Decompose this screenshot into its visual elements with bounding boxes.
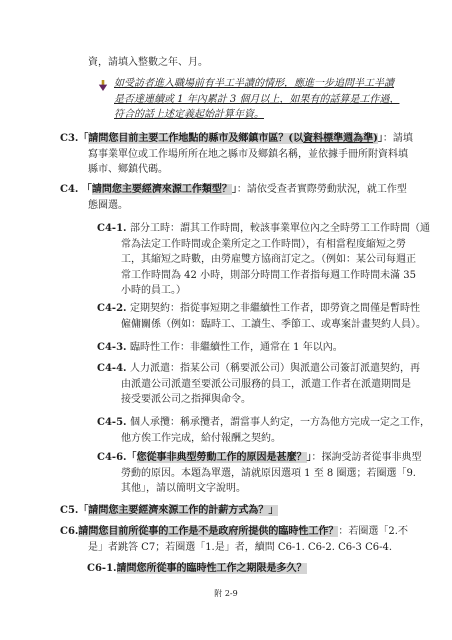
text-segment: 「 <box>82 184 92 195</box>
red-arrow-bullet-icon <box>98 80 108 92</box>
text-line: C4-4. 人力派遣：指某公司（稱要派公司）與派遣公司簽訂派遣契約，再 <box>97 361 420 377</box>
text-line: 寫事業單位或工作場所所在地之縣市及鄉鎮名稱，並依據手冊所附資料填 <box>60 147 413 163</box>
text-line: C4-3. 臨時性工作：非繼續性工作，通常在 1 年以內。 <box>97 340 343 356</box>
text-line: C3.「請問您目前主要工作地點的縣市及鄉鎮市區？(以資料標準週為準)」：請填 <box>60 131 413 147</box>
text-segment: 由派遣公司派遣至要派公司服務的員工，派遣工作者在派遣期間是 <box>121 379 411 390</box>
text-segment: 部分工時：謂其工作時間，較該事業單位內之全時勞工工作時間（通 <box>130 223 430 234</box>
text-segment: ：請依受查者實際勞動狀況，就工作型 <box>237 184 407 195</box>
text-segment: 個人承攬：稱承攬者，謂當事人約定，一方為他方完成一定之工作， <box>130 417 430 428</box>
text-segment: 「 <box>78 505 88 516</box>
text-line: 僱傭關係（例如：臨時工、工讀生、季節工、或專案計畫契約人員）。 <box>97 317 426 333</box>
text-segment: 臨時性工作：非繼續性工作，通常在 1 年以內。 <box>130 342 343 353</box>
question-c4-1: C4-1. 部分工時：謂其工作時間，較該事業單位內之全時勞工工作時間（通常為法定… <box>97 221 430 299</box>
text-segment: 請問您主要經濟來源工作類型？ <box>92 184 232 195</box>
text-segment: 請問您主要經濟來源工作的計薪方式為？」 <box>88 505 278 516</box>
text-line: 其他」，請以簡明文字說明。 <box>97 481 422 497</box>
text-line: 勞動的原因。本題為單選，請就原因選項 1 至 8 圈選；若圈選「9. <box>97 466 422 482</box>
interviewer-note: 如受訪者進入職場前有半工半讀的情形，應進一步追問半工半讀是否達連續或 1 年內累… <box>114 76 399 123</box>
text-segment: 請問您所從事的臨時性工作之期限是多久？ <box>117 563 307 574</box>
question-c3: C3.「請問您目前主要工作地點的縣市及鄉鎮市區？(以資料標準週為準)」：請填寫事… <box>60 131 413 178</box>
question-c4-4: C4-4. 人力派遣：指某公司（稱要派公司）與派遣公司簽訂派遣契約，再由派遣公司… <box>97 361 420 408</box>
text-segment: C4-1. <box>97 223 130 234</box>
text-segment: ：探詢受訪者從事非典型 <box>312 452 422 463</box>
text-segment: 請問您目前主要工作地點的縣市及鄉鎮市區？(以 <box>88 133 303 144</box>
text-segment: 縣市、鄉鎮代碼。 <box>88 164 168 175</box>
text-segment: C4-6. <box>97 452 127 463</box>
text-segment: 寫事業單位或工作場所所在地之縣市及鄉鎮名稱，並依據手冊所附資料填 <box>88 149 408 160</box>
text-segment: 僱傭關係（例如：臨時工、工讀生、季節工、或專案計畫契約人員）。 <box>121 319 426 330</box>
document-page: 資，請填入整數之年、月。 如受訪者進入職場前有半工半讀的情形，應進一步追問半工半… <box>0 0 452 640</box>
text-line: 他方俟工作完成，給付報酬之契約。 <box>97 431 430 447</box>
page-number: 附 2-9 <box>0 588 452 600</box>
text-segment: C4. <box>60 184 82 195</box>
text-segment: 定期契約：指從事短期之非繼續性工作者，即勞資之間僅是暫時性 <box>130 303 420 314</box>
text-segment: 常工作時間為 42 小時，則部分時間工作者指每週工作時間未滿 35 <box>121 270 416 281</box>
text-line: 工，其縮短之時數，由勞雇雙方協商訂定之。（例如：某公司每週正 <box>97 252 430 268</box>
text-line: 常工作時間為 42 小時，則部分時間工作者指每週工作時間未滿 35 <box>97 268 430 284</box>
question-c4-5: C4-5. 個人承攬：稱承攬者，謂當事人約定，一方為他方完成一定之工作，他方俟工… <box>97 415 430 446</box>
text-segment: C4-4. <box>97 363 130 374</box>
text-segment: 接受要派公司之指揮與命令。 <box>121 394 251 405</box>
text-segment: 請問您目前所從事的工作是不是政府所提供的臨時性工作？ <box>78 526 338 537</box>
text-segment: ：請填 <box>383 133 413 144</box>
text-line: 態圈選。 <box>60 198 407 214</box>
text-line: C4-6.「您從事非典型勞動工作的原因是甚麼？」：探詢受訪者從事非典型 <box>97 450 422 466</box>
text-line: 由派遣公司派遣至要派公司服務的員工，派遣工作者在派遣期間是 <box>97 377 420 393</box>
note-line: 符合的話上述定義起始計算年資。 <box>114 107 399 123</box>
text-segment: 「 <box>127 452 137 463</box>
question-c4-6: C4-6.「您從事非典型勞動工作的原因是甚麼？」：探詢受訪者從事非典型勞動的原因… <box>97 450 422 497</box>
text-line: C4-5. 個人承攬：稱承攬者，謂當事人約定，一方為他方完成一定之工作， <box>97 415 430 431</box>
text-segment: 其他」，請以簡明文字說明。 <box>121 483 246 494</box>
note-line: 是否達連續或 1 年內累計 3 個月以上，如果有的話算是工作過， <box>114 92 399 108</box>
text-line: C4-2. 定期契約：指從事短期之非繼續性工作者，即勞資之間僅是暫時性 <box>97 301 426 317</box>
text-segment: 「 <box>78 133 88 144</box>
text-segment: 常為法定工作時間或企業所定之工作時間），有相當程度縮短之勞 <box>121 239 406 250</box>
text-segment: C4-2. <box>97 303 130 314</box>
text-line: 常為法定工作時間或企業所定之工作時間），有相當程度縮短之勞 <box>97 237 430 253</box>
text-segment: 小時的員工。） <box>121 285 186 296</box>
text-line: C6-1.請問您所從事的臨時性工作之期限是多久？ <box>87 561 307 577</box>
text-line: 縣市、鄉鎮代碼。 <box>60 162 413 178</box>
question-c4: C4. 「請問您主要經濟來源工作類型？」：請依受查者實際勞動狀況，就工作型態圈選… <box>60 182 407 213</box>
text-segment: 是」者跳答 C7；若圈選「1.是」者，續問 C6-1. C6-2. C6-3 C… <box>88 542 392 553</box>
text-segment: ：若圈選「2.不 <box>338 526 408 537</box>
text-segment: 資料標準週為準 <box>303 133 373 144</box>
text-segment: C4-5. <box>97 417 130 428</box>
text-segment: 人力派遣：指某公司（稱要派公司）與派遣公司簽訂派遣契約，再 <box>130 363 420 374</box>
question-c5: C5.「請問您主要經濟來源工作的計薪方式為？」 <box>60 503 278 519</box>
question-c4-2: C4-2. 定期契約：指從事短期之非繼續性工作者，即勞資之間僅是暫時性僱傭關係（… <box>97 301 426 332</box>
continuation-text: 資，請填入整數之年、月。 <box>88 55 208 71</box>
text-segment: 勞動的原因。本題為單選，請就原因選項 1 至 8 圈選；若圈選「9. <box>121 468 416 479</box>
text-segment: C6. <box>60 526 78 537</box>
text-line: C5.「請問您主要經濟來源工作的計薪方式為？」 <box>60 503 278 519</box>
text-segment: C6-1. <box>87 563 117 574</box>
text-segment: 工，其縮短之時數，由勞雇雙方協商訂定之。（例如：某公司每週正 <box>121 254 416 265</box>
text-segment: 態圈選。 <box>88 200 128 211</box>
note-line: 如受訪者進入職場前有半工半讀的情形，應進一步追問半工半讀 <box>114 76 399 92</box>
text-segment: 他方俟工作完成，給付報酬之契約。 <box>121 433 281 444</box>
question-c6: C6.請問您目前所從事的工作是不是政府所提供的臨時性工作？：若圈選「2.不是」者… <box>60 524 408 555</box>
text-line: C4. 「請問您主要經濟來源工作類型？」：請依受查者實際勞動狀況，就工作型 <box>60 182 407 198</box>
text-line: C4-1. 部分工時：謂其工作時間，較該事業單位內之全時勞工工作時間（通 <box>97 221 430 237</box>
question-c4-3: C4-3. 臨時性工作：非繼續性工作，通常在 1 年以內。 <box>97 340 343 356</box>
text-line: 小時的員工。） <box>97 283 430 299</box>
text-segment: 您從事非典型勞動工作的原因是甚麼？ <box>137 452 307 463</box>
text-segment: C3. <box>60 133 78 144</box>
question-c6-1: C6-1.請問您所從事的臨時性工作之期限是多久？ <box>87 561 307 577</box>
text-segment: C4-3. <box>97 342 130 353</box>
text-segment: C5. <box>60 505 78 516</box>
text-line: 是」者跳答 C7；若圈選「1.是」者，續問 C6-1. C6-2. C6-3 C… <box>60 540 408 556</box>
text-line: C6.請問您目前所從事的工作是不是政府所提供的臨時性工作？：若圈選「2.不 <box>60 524 408 540</box>
text-line: 接受要派公司之指揮與命令。 <box>97 392 420 408</box>
